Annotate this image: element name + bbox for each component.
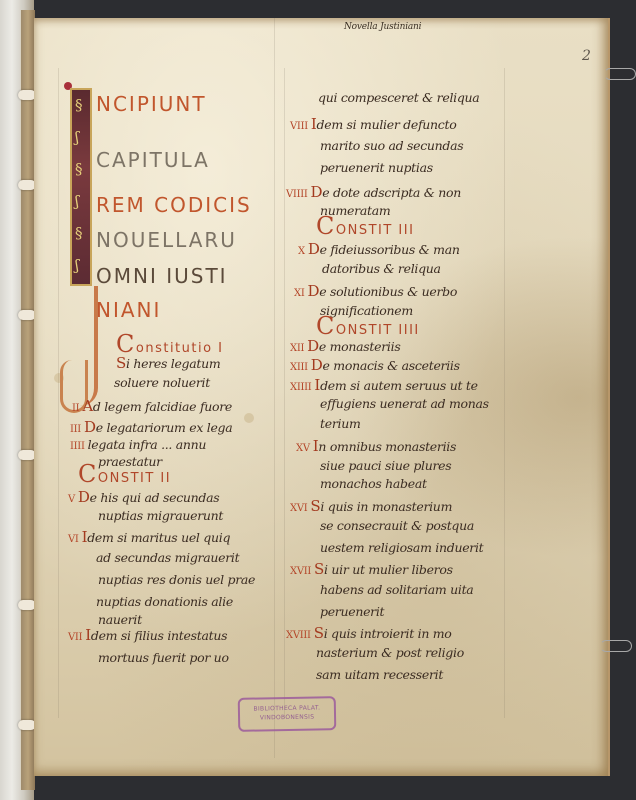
text-line: peruenerit nuptias [320, 160, 433, 175]
text-line: uestem religiosam induerit [320, 540, 483, 555]
ruling-line [58, 68, 59, 718]
ruling-line [504, 68, 505, 718]
heading-line: NOUELLARU [96, 228, 237, 252]
text-line: XDe fideiussoribus & man [298, 240, 460, 258]
text-line: Si heres legatum [116, 354, 220, 372]
text-line: IIIIlegata infra ... annu [70, 437, 206, 452]
text-line: IIIDe legatariorum ex lega [70, 418, 232, 436]
text-line: terium [320, 416, 361, 431]
folio-number: 2 [582, 48, 591, 64]
text-line: se consecrauit & postqua [320, 518, 474, 533]
text-line: XIDe solutionibus & uerbo [294, 282, 457, 300]
stain [244, 413, 254, 423]
text-line: nauerit [98, 612, 142, 627]
heading-line: CAPITULA [96, 148, 210, 172]
spine-sewing [20, 10, 35, 790]
text-line: nuptias donationis alie [96, 594, 233, 609]
knotwork-ornament-icon: § [75, 162, 87, 177]
text-line: nuptias res donis uel prae [98, 572, 255, 587]
text-line: XVIISi uir ut mulier liberos [290, 560, 453, 578]
text-line: mortuus fuerit por uo [98, 650, 229, 665]
text-line: nasterium & post religio [316, 645, 464, 660]
text-line: VIIdem si maritus uel quiq [68, 528, 230, 546]
heading-line: REM CODICIS [96, 193, 252, 217]
text-line: XIIDe monasteriis [290, 337, 400, 355]
text-line: sam uitam recesserit [316, 667, 443, 682]
manuscript-viewer: Novella Justiniani 2 § ʃ § ʃ § ʃ NCIPIUN… [0, 0, 636, 800]
text-line: monachos habeat [320, 476, 427, 491]
text-line: XVIn omnibus monasteriis [296, 437, 456, 455]
text-line: peruenerit [320, 604, 384, 619]
text-line: VIIIIdem si mulier defuncto [290, 115, 456, 133]
text-line: VIIIdem si filius intestatus [68, 626, 227, 644]
text-line: qui compesceret & reliqua [318, 90, 479, 105]
text-line: IIAd legem falcidiae fuore [72, 397, 232, 415]
text-line: VIIIIDe dote adscripta & non [286, 183, 461, 201]
text-line: soluere noluerit [114, 375, 210, 390]
text-line: XIIIDe monacis & asceteriis [290, 356, 460, 374]
text-line: habens ad solitariam uita [320, 582, 473, 597]
rubric-heading: CONSTIT III [316, 212, 414, 240]
ruling-line [284, 68, 285, 718]
library-stamp: BIBLIOTHECA PALAT. VINDOBONENSIS [238, 696, 337, 732]
knotwork-ornament-icon: § [75, 98, 87, 113]
knotwork-ornament-icon: ʃ [75, 130, 87, 145]
decorated-initial-i: § ʃ § ʃ § ʃ [70, 88, 92, 286]
heading-line: OMNI IUSTI [96, 264, 228, 288]
text-line: ad secundas migrauerit [96, 550, 239, 565]
knotwork-ornament-icon: ʃ [75, 258, 87, 273]
text-line: XVISi quis in monasterium [290, 497, 452, 515]
rubric-heading: CONSTIT IIII [316, 312, 420, 340]
marginal-note: Novella Justiniani [344, 22, 421, 32]
text-line: marito suo ad secundas [320, 138, 463, 153]
heading-line: NCIPIUNT [96, 92, 207, 116]
rubric-heading: CONSTIT II [78, 460, 171, 488]
binding-guard [0, 0, 34, 800]
knotwork-ornament-icon: ʃ [75, 194, 87, 209]
knotwork-ornament-icon: § [75, 226, 87, 241]
text-line: nuptias migrauerunt [98, 508, 223, 523]
text-line: datoribus & reliqua [322, 261, 441, 276]
text-line: siue pauci siue plures [320, 458, 451, 473]
page-clip-icon [604, 68, 636, 80]
text-line: XIIIIIdem si autem seruus ut te [290, 376, 478, 394]
text-line: VDe his qui ad secundas [68, 488, 219, 506]
page-clip-icon [600, 640, 632, 652]
heading-line: NIANI [96, 298, 161, 322]
ruling-line [274, 18, 275, 758]
text-line: effugiens uenerat ad monas [320, 396, 489, 411]
text-line: XVIIISi quis introierit in mo [286, 624, 452, 642]
